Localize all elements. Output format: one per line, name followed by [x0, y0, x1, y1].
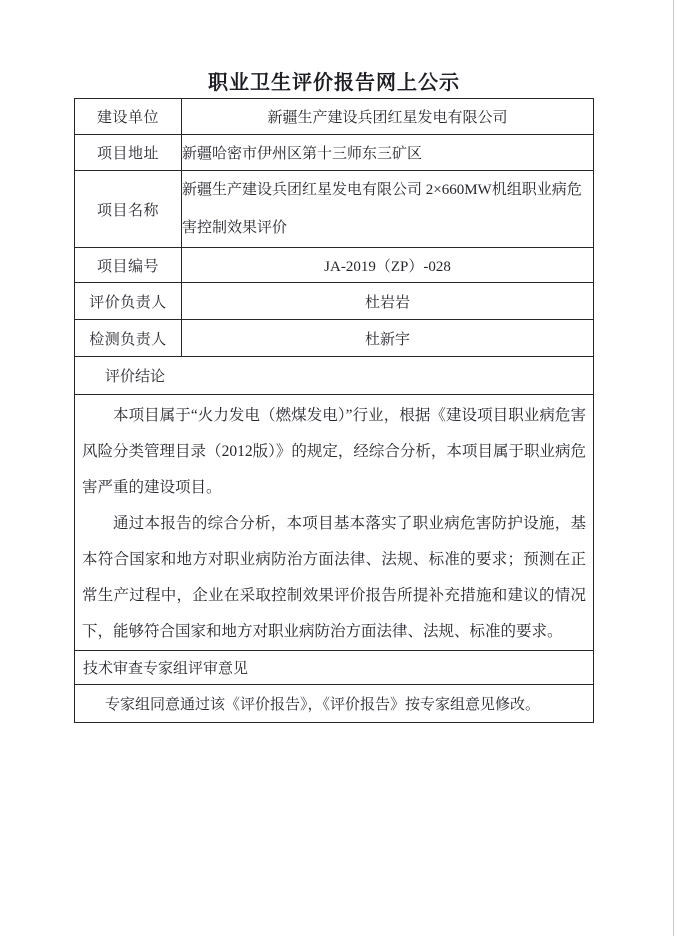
table-row: 项目地址 新疆哈密市伊州区第十三师东三矿区 [75, 135, 594, 171]
table-row: 建设单位 新疆生产建设兵团红星发电有限公司 [75, 99, 594, 135]
conclusion-body: 本项目属于“火力发电（燃煤发电）”行业，根据《建设项目职业病危害风险分类管理目录… [75, 395, 593, 650]
project-name-label: 项目名称 [75, 171, 182, 248]
table-row: 检测负责人 杜新宇 [75, 320, 594, 357]
conclusion-paragraph-1: 本项目属于“火力发电（燃煤发电）”行业，根据《建设项目职业病危害风险分类管理目录… [82, 398, 586, 506]
project-address-value: 新疆哈密市伊州区第十三师东三矿区 [182, 135, 594, 171]
expert-opinion-text: 专家组同意通过该《评价报告》，《评价报告》按专家组意见修改。 [75, 693, 593, 714]
table-row: 本项目属于“火力发电（燃煤发电）”行业，根据《建设项目职业病危害风险分类管理目录… [75, 395, 594, 651]
table-row: 专家组同意通过该《评价报告》，《评价报告》按专家组意见修改。 [75, 685, 594, 723]
evaluation-lead-label: 评价负责人 [75, 283, 182, 320]
page-edge-line [673, 0, 674, 936]
table-row: 评价负责人 杜岩岩 [75, 283, 594, 320]
conclusion-header: 评价结论 [75, 357, 594, 395]
project-number-label: 项目编号 [75, 248, 182, 283]
project-number-value: JA-2019（ZP）-028 [182, 248, 594, 283]
construction-unit-value: 新疆生产建设兵团红星发电有限公司 [182, 99, 594, 135]
table-row: 项目名称 新疆生产建设兵团红星发电有限公司 2×660MW机组职业病危害控制效果… [75, 171, 594, 248]
expert-review-header: 技术审查专家组评审意见 [75, 651, 594, 685]
testing-lead-label: 检测负责人 [75, 320, 182, 357]
testing-lead-value: 杜新宇 [182, 320, 594, 357]
project-name-value: 新疆生产建设兵团红星发电有限公司 2×660MW机组职业病危害控制效果评价 [182, 171, 594, 248]
project-address-label: 项目地址 [75, 135, 182, 171]
page-title: 职业卫生评价报告网上公示 [74, 66, 594, 95]
expert-opinion-cell: 专家组同意通过该《评价报告》，《评价报告》按专家组意见修改。 [75, 685, 594, 723]
construction-unit-label: 建设单位 [75, 99, 182, 135]
table-row: 评价结论 [75, 357, 594, 395]
conclusion-body-cell: 本项目属于“火力发电（燃煤发电）”行业，根据《建设项目职业病危害风险分类管理目录… [75, 395, 594, 651]
table-row: 项目编号 JA-2019（ZP）-028 [75, 248, 594, 283]
conclusion-paragraph-2: 通过本报告的综合分析，本项目基本落实了职业病危害防护设施，基本符合国家和地方对职… [82, 506, 586, 650]
notice-table: 建设单位 新疆生产建设兵团红星发电有限公司 项目地址 新疆哈密市伊州区第十三师东… [74, 98, 594, 723]
table-row: 技术审查专家组评审意见 [75, 651, 594, 685]
document-page: 职业卫生评价报告网上公示 建设单位 新疆生产建设兵团红星发电有限公司 项目地址 … [0, 0, 677, 936]
evaluation-lead-value: 杜岩岩 [182, 283, 594, 320]
